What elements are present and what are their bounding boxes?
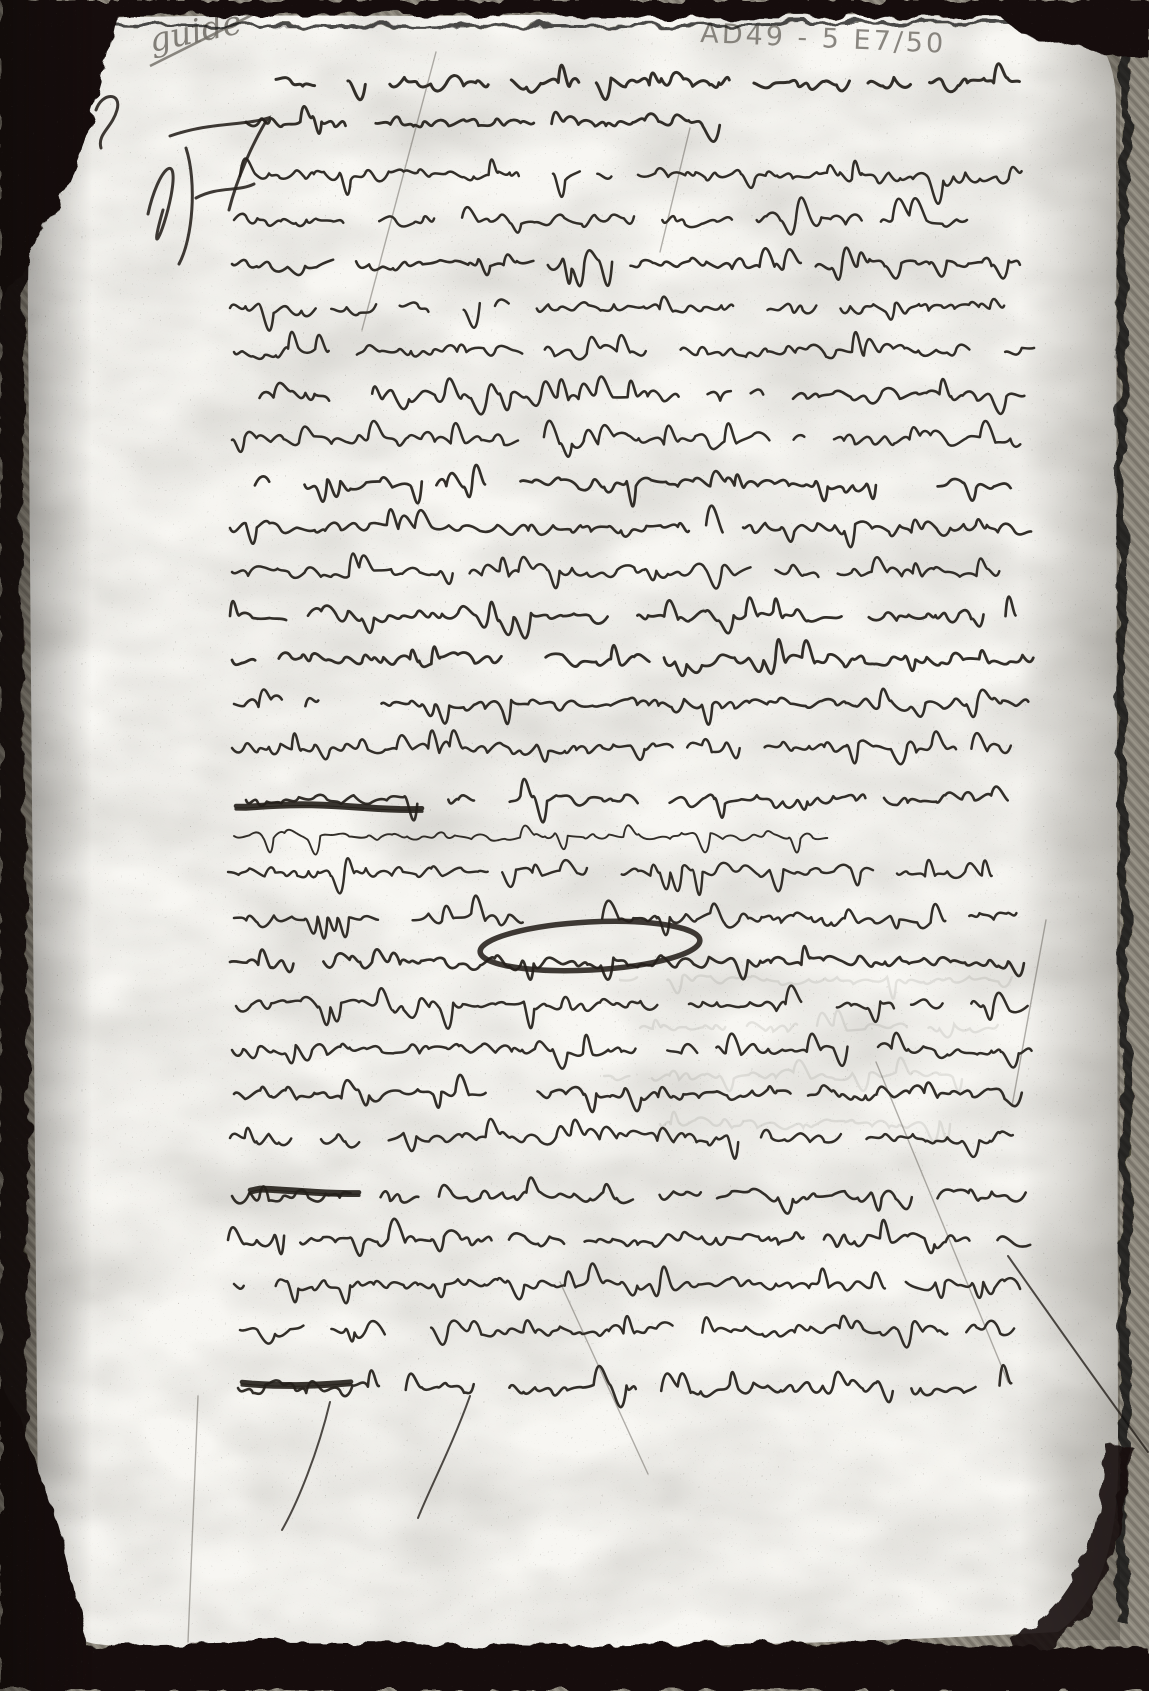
scan-canvas: guide AD49 - 5 E7/50 xyxy=(0,0,1149,1691)
manuscript-scan-page: guide AD49 - 5 E7/50 xyxy=(0,0,1149,1691)
global-grain-overlay xyxy=(0,0,1149,1691)
